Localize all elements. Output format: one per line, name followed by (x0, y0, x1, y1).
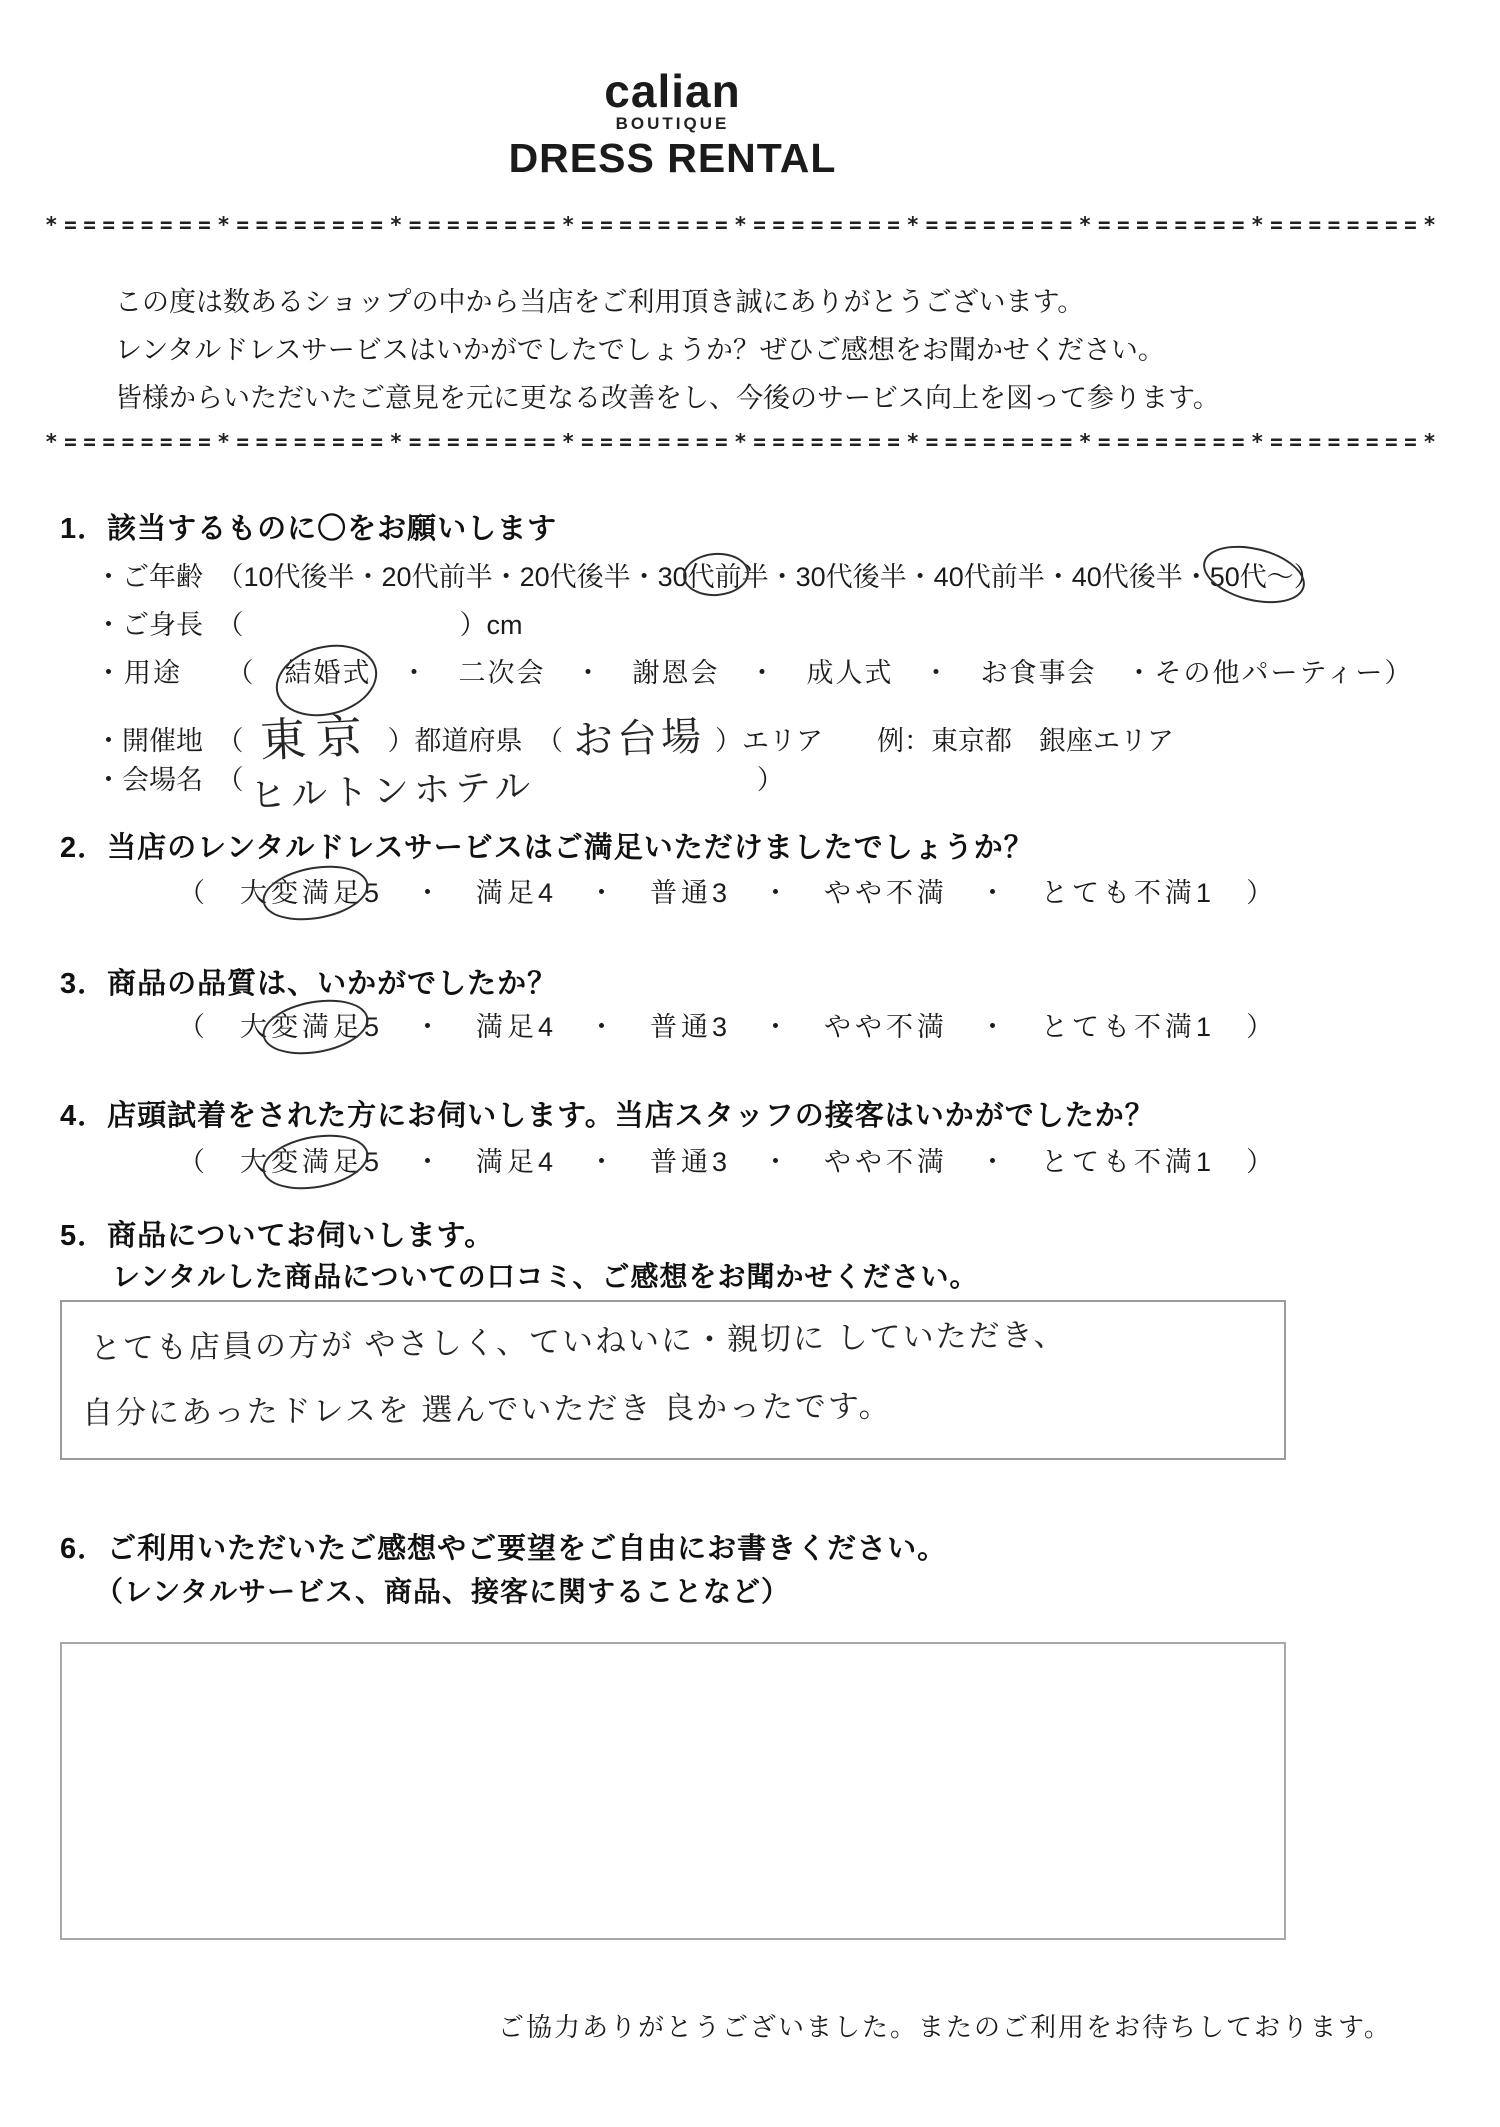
q5-comment-handwritten-line2: 自分にあったドレスを 選んでいただき 良かったです。 (82, 1388, 892, 1431)
q1-purpose-text-post: ・ 二次会 ・ 謝恩会 ・ 成人式 ・ お食事会 ・その他パーティー） (372, 658, 1414, 688)
survey-page: calian BOUTIQUE DRESS RENTAL *========*=… (0, 0, 1500, 2127)
intro-line-3: 皆様からいただいたご意見を元に更なる改善をし、今後のサービス向上を図って参ります… (115, 374, 1220, 422)
q2-circle-very-satisfied: 変満足 (271, 878, 364, 909)
intro-line-1: この度は数あるショップの中から当店をご利用頂き誠にありがとうございます。 (115, 278, 1220, 326)
q1-hall-label: ・会場名 （ (95, 765, 244, 795)
q1-hall-text-post: ） (541, 765, 784, 795)
q5-heading: 5．商品についてお伺いします。 (60, 1220, 494, 1253)
q6-free-comment-box (60, 1642, 1286, 1940)
separator-top: *========*========*========*========*===… (45, 213, 1442, 237)
logo-brand: calian (0, 68, 1345, 114)
intro-line-2: レンタルドレスサービスはいかがでしたでしょうか？ぜひご感想をお聞かせください。 (115, 326, 1220, 374)
q1-height-row: ・ご身長 （ ）cm (95, 610, 523, 641)
q1-age-row: ・ご年齢 （10代後半・20代前半・20代後半・30代前半・30代後半・40代前… (95, 562, 1321, 593)
q2-scale-row: （ 大変満足5 ・ 満足4 ・ 普通3 ・ やや不満 ・ とても不満1 ） (178, 878, 1277, 909)
q1-purpose-row: ・用途 （ 結婚式 ・ 二次会 ・ 謝恩会 ・ 成人式 ・ お食事会 ・その他パ… (95, 658, 1413, 689)
q5-comment-box: とても店員の方が やさしく、ていねいに・親切に していただき、 自分にあったドレ… (60, 1300, 1286, 1460)
q1-venue-label: ・開催地 （ (95, 726, 244, 756)
q1-venue-row: ・開催地 （東京）都道府県 （お台場）エリア 例：東京都 銀座エリア (95, 708, 1174, 761)
q4-scale-pre: （ 大 (178, 1147, 271, 1177)
q1-age-circle-30s-first-half: 代前 (688, 562, 742, 593)
q1-age-text-pre: ・ご年齢 （10代後半・20代前半・20代後半・30 (95, 562, 688, 592)
q1-age-text-mid: 半・30代後半・40代前半・40代後半・ (742, 562, 1210, 592)
q2-scale-pre: （ 大 (178, 878, 271, 908)
q4-scale-row: （ 大変満足5 ・ 満足4 ・ 普通3 ・ やや不満 ・ とても不満1 ） (178, 1147, 1277, 1178)
q5-subheading: レンタルした商品についての口コミ、ご感想をお聞かせください。 (112, 1261, 979, 1293)
q1-age-circle-50s: 50代～ (1210, 562, 1294, 593)
q6-heading: 6．ご利用いただいたご感想やご要望をご自由にお書きください。 (60, 1533, 947, 1566)
q2-scale-post: 5 ・ 満足4 ・ 普通3 ・ やや不満 ・ とても不満1 ） (364, 878, 1277, 908)
footer-thanks: ご協力ありがとうございました。またのご利用をお待ちしております。 (498, 2013, 1392, 2043)
q6-subheading: （レンタルサービス、商品、接客に関することなど） (95, 1576, 790, 1608)
q4-heading: 4．店頭試着をされた方にお伺いします。当店スタッフの接客はいかがでしたか？ (60, 1100, 1155, 1133)
separator-middle: *========*========*========*========*===… (45, 430, 1442, 454)
logo-boutique: BOUTIQUE (0, 115, 1345, 134)
q1-purpose-text-pre: ・用途 （ (95, 658, 285, 688)
q3-circle-very-satisfied: 変満足 (271, 1012, 364, 1043)
q3-scale-post: 5 ・ 満足4 ・ 普通3 ・ やや不満 ・ とても不満1 ） (364, 1012, 1277, 1042)
q3-heading: 3．商品の品質は、いかがでしたか？ (60, 968, 557, 1001)
q3-scale-row: （ 大変満足5 ・ 満足4 ・ 普通3 ・ やや不満 ・ とても不満1 ） (178, 1012, 1277, 1043)
q1-age-text-post: ） (1294, 562, 1321, 592)
q4-scale-post: 5 ・ 満足4 ・ 普通3 ・ やや不満 ・ とても不満1 ） (364, 1147, 1277, 1177)
q4-circle-very-satisfied: 変満足 (271, 1147, 364, 1178)
q1-hall-name-handwritten: ヒルトンホテル (243, 765, 541, 817)
q1-heading: 1．該当するものに〇をお願いします (60, 513, 557, 546)
q1-venue-text-mid: ）都道府県 （ (388, 726, 564, 756)
logo: calian BOUTIQUE DRESS RENTAL (0, 68, 1345, 181)
logo-title: DRESS RENTAL (0, 136, 1345, 181)
intro-paragraph: この度は数あるショップの中から当店をご利用頂き誠にありがとうございます。 レンタ… (115, 278, 1220, 422)
q2-heading: 2．当店のレンタルドレスサービスはご満足いただけましたでしょうか？ (60, 832, 1034, 865)
q3-scale-pre: （ 大 (178, 1012, 271, 1042)
q1-venue-text-post: ）エリア 例：東京都 銀座エリア (715, 726, 1174, 756)
q1-purpose-circle-wedding: 結婚式 (285, 658, 372, 689)
q5-comment-handwritten-line1: とても店員の方が やさしく、ていねいに・親切に していただき、 (90, 1317, 1067, 1366)
q1-hall-row: ・会場名 （ヒルトンホテル ） (95, 756, 784, 797)
